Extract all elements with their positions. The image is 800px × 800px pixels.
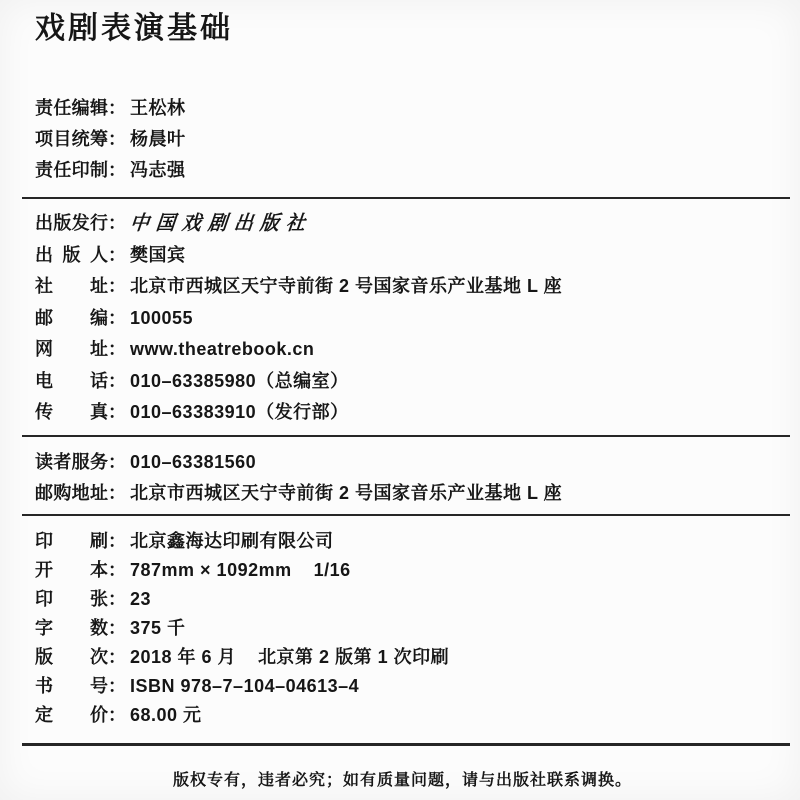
print-row: 版次：2018 年 6 月 北京第 2 版第 1 次印刷 bbox=[35, 643, 770, 672]
publisher-label: 邮编 bbox=[35, 303, 108, 335]
colon: ： bbox=[108, 208, 126, 240]
print-row: 印刷：北京鑫海达印刷有限公司 bbox=[35, 527, 770, 556]
publisher-value: 北京市西城区天宁寺前街 2 号国家音乐产业基地 L 座 bbox=[130, 276, 562, 296]
divider-rule bbox=[22, 435, 790, 437]
publisher-label: 出版人 bbox=[35, 240, 108, 272]
print-row: 定价：68.00 元 bbox=[35, 701, 770, 730]
service-phone: 010–63381560 bbox=[130, 452, 256, 472]
staff-section: 责任编辑：王松林 项目统筹：杨晨叶 责任印制：冯志强 bbox=[35, 93, 770, 186]
print-row: 书号：ISBN 978–7–104–04613–4 bbox=[35, 672, 770, 701]
colon: ： bbox=[108, 447, 126, 479]
publisher-label: 出版发行 bbox=[35, 208, 108, 240]
colon: ： bbox=[108, 334, 126, 366]
print-label: 书号 bbox=[35, 672, 108, 701]
sheet-count: 23 bbox=[130, 589, 151, 609]
print-label: 开本 bbox=[35, 556, 108, 585]
service-label: 邮购地址 bbox=[35, 478, 108, 510]
publisher-logo: 中国戏剧出版社 bbox=[128, 207, 313, 240]
print-label: 字数 bbox=[35, 614, 108, 643]
colon: ： bbox=[108, 397, 126, 429]
staff-value: 冯志强 bbox=[130, 160, 186, 180]
publisher-label: 网址 bbox=[35, 334, 108, 366]
publisher-phone: 010–63385980（总编室） bbox=[130, 371, 349, 391]
colon: ： bbox=[108, 585, 126, 614]
colon: ： bbox=[108, 155, 126, 186]
print-row: 开本：787mm × 1092mm 1/16 bbox=[35, 556, 770, 585]
staff-row: 项目统筹：杨晨叶 bbox=[35, 124, 770, 155]
reader-service-section: 读者服务：010–63381560 邮购地址：北京市西城区天宁寺前街 2 号国家… bbox=[35, 447, 770, 510]
staff-label: 责任编辑 bbox=[35, 93, 108, 124]
colon: ： bbox=[108, 366, 126, 398]
publisher-value: 100055 bbox=[130, 308, 193, 328]
colon: ： bbox=[108, 271, 126, 303]
print-label: 版次 bbox=[35, 643, 108, 672]
colon: ： bbox=[108, 672, 126, 701]
staff-value: 杨晨叶 bbox=[130, 129, 186, 149]
publisher-label: 电话 bbox=[35, 366, 108, 398]
publisher-row: 网址：www.theatrebook.cn bbox=[35, 334, 770, 366]
print-label: 定价 bbox=[35, 701, 108, 730]
publisher-row: 电话：010–63385980（总编室） bbox=[35, 366, 770, 398]
colon: ： bbox=[108, 614, 126, 643]
colon: ： bbox=[108, 643, 126, 672]
edition-info: 2018 年 6 月 北京第 2 版第 1 次印刷 bbox=[130, 647, 449, 667]
print-label: 印刷 bbox=[35, 527, 108, 556]
colon: ： bbox=[108, 478, 126, 510]
colon: ： bbox=[108, 93, 126, 124]
staff-row: 责任印制：冯志强 bbox=[35, 155, 770, 186]
publisher-fax: 010–63383910（发行部） bbox=[130, 402, 349, 422]
staff-label: 责任印制 bbox=[35, 155, 108, 186]
price: 68.00 元 bbox=[130, 705, 202, 725]
word-count: 375 千 bbox=[130, 618, 186, 638]
print-row: 印张：23 bbox=[35, 585, 770, 614]
divider-rule-bottom bbox=[22, 743, 790, 746]
copyright-notice: 版权专有，违者必究；如有质量问题，请与出版社联系调换。 bbox=[35, 767, 770, 790]
isbn-number: ISBN 978–7–104–04613–4 bbox=[130, 676, 359, 696]
staff-label: 项目统筹 bbox=[35, 124, 108, 155]
service-row: 读者服务：010–63381560 bbox=[35, 447, 770, 479]
publisher-row: 社址：北京市西城区天宁寺前街 2 号国家音乐产业基地 L 座 bbox=[35, 271, 770, 303]
publisher-label: 社址 bbox=[35, 271, 108, 303]
printer-name: 北京鑫海达印刷有限公司 bbox=[130, 531, 334, 551]
print-info-section: 印刷：北京鑫海达印刷有限公司 开本：787mm × 1092mm 1/16 印张… bbox=[35, 527, 770, 730]
publisher-section: 出版发行：中国戏剧出版社 出版人：樊国宾 社址：北京市西城区天宁寺前街 2 号国… bbox=[35, 208, 770, 429]
publisher-label: 传真 bbox=[35, 397, 108, 429]
format-size: 787mm × 1092mm 1/16 bbox=[130, 560, 351, 580]
colon: ： bbox=[108, 240, 126, 272]
publisher-row: 邮编：100055 bbox=[35, 303, 770, 335]
colon: ： bbox=[108, 701, 126, 730]
colon: ： bbox=[108, 124, 126, 155]
publisher-value: 樊国宾 bbox=[130, 245, 186, 265]
service-row: 邮购地址：北京市西城区天宁寺前街 2 号国家音乐产业基地 L 座 bbox=[35, 478, 770, 510]
divider-rule bbox=[22, 197, 790, 199]
staff-value: 王松林 bbox=[130, 98, 186, 118]
publisher-row: 出版发行：中国戏剧出版社 bbox=[35, 208, 770, 240]
colon: ： bbox=[108, 556, 126, 585]
publisher-website: www.theatrebook.cn bbox=[130, 339, 314, 359]
book-title: 戏剧表演基础 bbox=[35, 10, 770, 48]
publisher-row: 出版人：樊国宾 bbox=[35, 240, 770, 272]
publisher-row: 传真：010–63383910（发行部） bbox=[35, 397, 770, 429]
copyright-page: 戏剧表演基础 责任编辑：王松林 项目统筹：杨晨叶 责任印制：冯志强 出版发行：中… bbox=[0, 0, 800, 800]
staff-row: 责任编辑：王松林 bbox=[35, 93, 770, 124]
divider-rule bbox=[22, 514, 790, 516]
print-label: 印张 bbox=[35, 585, 108, 614]
mail-order-address: 北京市西城区天宁寺前街 2 号国家音乐产业基地 L 座 bbox=[130, 483, 562, 503]
service-label: 读者服务 bbox=[35, 447, 108, 479]
colon: ： bbox=[108, 527, 126, 556]
colon: ： bbox=[108, 303, 126, 335]
print-row: 字数：375 千 bbox=[35, 614, 770, 643]
